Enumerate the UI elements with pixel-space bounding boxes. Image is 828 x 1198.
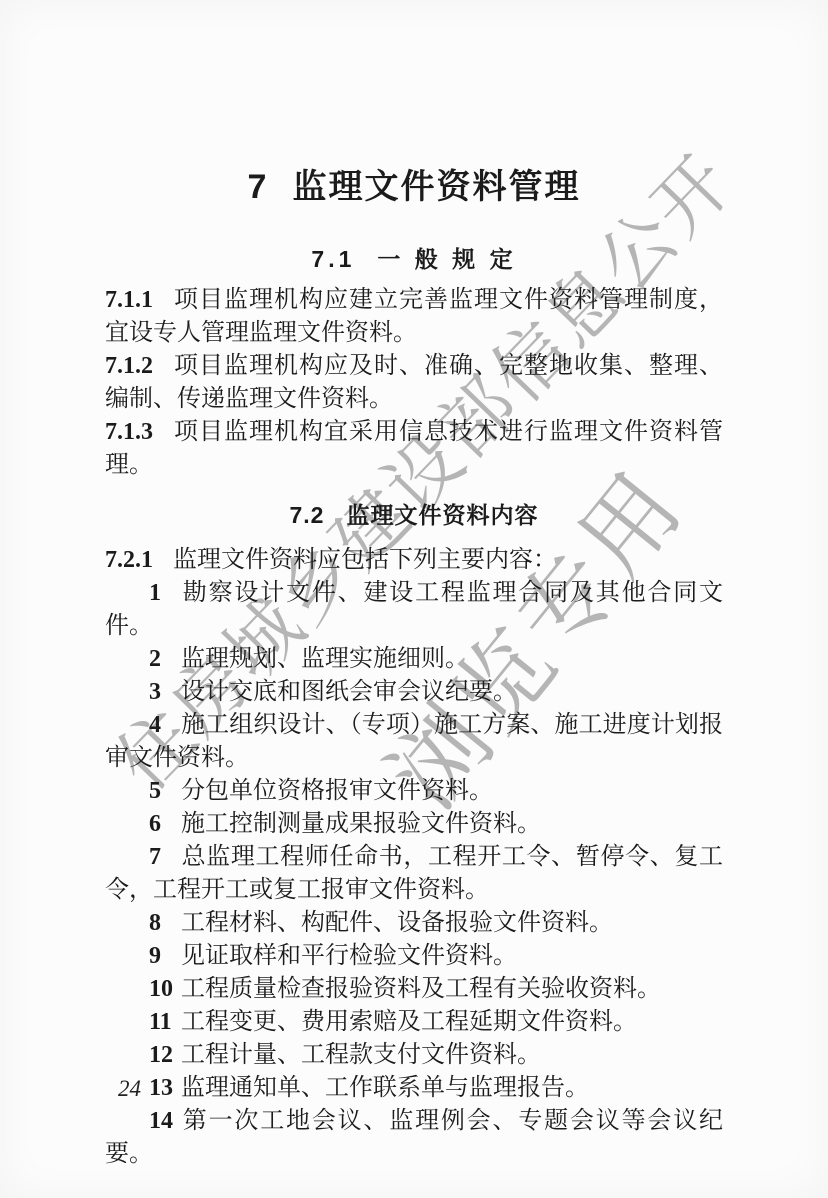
list-item-14-number: 14 xyxy=(149,1105,181,1138)
list-item-1: 1勘察设计文件、建设工程监理合同及其他合同文件。 xyxy=(105,577,723,643)
page-number: 24 xyxy=(118,1076,141,1102)
list-item-2: 2监理规划、监理实施细则。 xyxy=(105,643,723,676)
list-item-8-text: 工程材料、构配件、设备报验文件资料。 xyxy=(181,910,613,936)
list-item-4-number: 4 xyxy=(149,709,181,742)
clause-7-1-3-number: 7.1.3 xyxy=(105,419,153,445)
list-item-10-text: 工程质量检查报验资料及工程有关验收资料。 xyxy=(181,976,661,1002)
list-item-8-number: 8 xyxy=(149,907,181,940)
clause-7-1-2-number: 7.1.2 xyxy=(105,353,153,379)
list-item-13: 13监理通知单、工作联系单与监理报告。 xyxy=(105,1072,723,1105)
list-item-3-number: 3 xyxy=(149,676,181,709)
list-item-6-text: 施工控制测量成果报验文件资料。 xyxy=(181,811,541,837)
chapter-title-text: 监理文件资料管理 xyxy=(292,168,580,206)
list-item-12: 12工程计量、工程款支付文件资料。 xyxy=(105,1039,723,1072)
list-item-14-text: 第一次工地会议、监理例会、专题会议等会议纪要。 xyxy=(105,1108,723,1167)
list-item-7: 7总监理工程师任命书，工程开工令、暂停令、复工令，工程开工或复工报审文件资料。 xyxy=(105,841,723,907)
list-item-7-text: 总监理工程师任命书，工程开工令、暂停令、复工令，工程开工或复工报审文件资料。 xyxy=(105,844,723,903)
list-item-4-text: 施工组织设计、（专项）施工方案、施工进度计划报审文件资料。 xyxy=(105,712,723,771)
clause-7-2-1-text: 监理文件资料应包括下列主要内容： xyxy=(173,547,557,573)
list-item-14: 14第一次工地会议、监理例会、专题会议等会议纪要。 xyxy=(105,1105,723,1171)
section-heading-7-2: 7.2监理文件资料内容 xyxy=(105,500,723,530)
list-item-12-text: 工程计量、工程款支付文件资料。 xyxy=(181,1042,541,1068)
list-item-9: 9见证取样和平行检验文件资料。 xyxy=(105,940,723,973)
list-item-12-number: 12 xyxy=(149,1039,181,1072)
section-heading-7-1: 7.1一 般 规 定 xyxy=(105,244,723,274)
clause-7-1-1: 7.1.1项目监理机构应建立完善监理文件资料管理制度，宜设专人管理监理文件资料。 xyxy=(105,284,723,350)
list-item-3-text: 设计交底和图纸会审会议纪要。 xyxy=(181,679,517,705)
list-item-10: 10工程质量检查报验资料及工程有关验收资料。 xyxy=(105,973,723,1006)
clause-7-1-2-text: 项目监理机构应及时、准确、完整地收集、整理、编制、传递监理文件资料。 xyxy=(105,353,723,412)
list-item-5: 5分包单位资格报审文件资料。 xyxy=(105,775,723,808)
clause-7-1-3: 7.1.3项目监理机构宜采用信息技术进行监理文件资料管理。 xyxy=(105,416,723,482)
list-item-7-number: 7 xyxy=(149,841,181,874)
list-item-5-number: 5 xyxy=(149,775,181,808)
list-item-5-text: 分包单位资格报审文件资料。 xyxy=(181,778,493,804)
document-page: 住房城乡建设部信息公开 浏览专用 7监理文件资料管理 7.1一 般 规 定 7.… xyxy=(0,0,828,1198)
section-7-1-title: 一 般 规 定 xyxy=(377,246,516,272)
chapter-number: 7 xyxy=(248,168,267,206)
list-item-6-number: 6 xyxy=(149,808,181,841)
list-item-2-number: 2 xyxy=(149,643,181,676)
list-item-3: 3设计交底和图纸会审会议纪要。 xyxy=(105,676,723,709)
chapter-title: 7监理文件资料管理 xyxy=(105,166,723,208)
section-7-2-title: 监理文件资料内容 xyxy=(346,502,538,528)
list-item-2-text: 监理规划、监理实施细则。 xyxy=(181,646,469,672)
list-item-13-text: 监理通知单、工作联系单与监理报告。 xyxy=(181,1075,589,1101)
list-item-11-number: 11 xyxy=(149,1006,181,1039)
list-item-1-number: 1 xyxy=(149,577,181,610)
list-item-10-number: 10 xyxy=(149,973,181,1006)
list-item-9-number: 9 xyxy=(149,940,181,973)
list-item-6: 6施工控制测量成果报验文件资料。 xyxy=(105,808,723,841)
list-item-9-text: 见证取样和平行检验文件资料。 xyxy=(181,943,517,969)
list-item-4: 4施工组织设计、（专项）施工方案、施工进度计划报审文件资料。 xyxy=(105,709,723,775)
section-7-1-number: 7.1 xyxy=(311,246,355,272)
page-content: 7监理文件资料管理 7.1一 般 规 定 7.1.1项目监理机构应建立完善监理文… xyxy=(105,0,723,1171)
clause-7-1-2: 7.1.2项目监理机构应及时、准确、完整地收集、整理、编制、传递监理文件资料。 xyxy=(105,350,723,416)
list-item-1-text: 勘察设计文件、建设工程监理合同及其他合同文件。 xyxy=(105,580,723,639)
list-item-13-number: 13 xyxy=(149,1072,181,1105)
list-item-8: 8工程材料、构配件、设备报验文件资料。 xyxy=(105,907,723,940)
list-item-11: 11工程变更、费用索赔及工程延期文件资料。 xyxy=(105,1006,723,1039)
section-7-2-number: 7.2 xyxy=(290,502,325,528)
clause-7-1-1-text: 项目监理机构应建立完善监理文件资料管理制度，宜设专人管理监理文件资料。 xyxy=(105,287,723,346)
clause-7-2-1: 7.2.1监理文件资料应包括下列主要内容： xyxy=(105,544,723,577)
list-item-11-text: 工程变更、费用索赔及工程延期文件资料。 xyxy=(181,1009,637,1035)
clause-7-1-1-number: 7.1.1 xyxy=(105,287,153,313)
clause-7-1-3-text: 项目监理机构宜采用信息技术进行监理文件资料管理。 xyxy=(105,419,723,478)
clause-7-2-1-number: 7.2.1 xyxy=(105,547,153,573)
